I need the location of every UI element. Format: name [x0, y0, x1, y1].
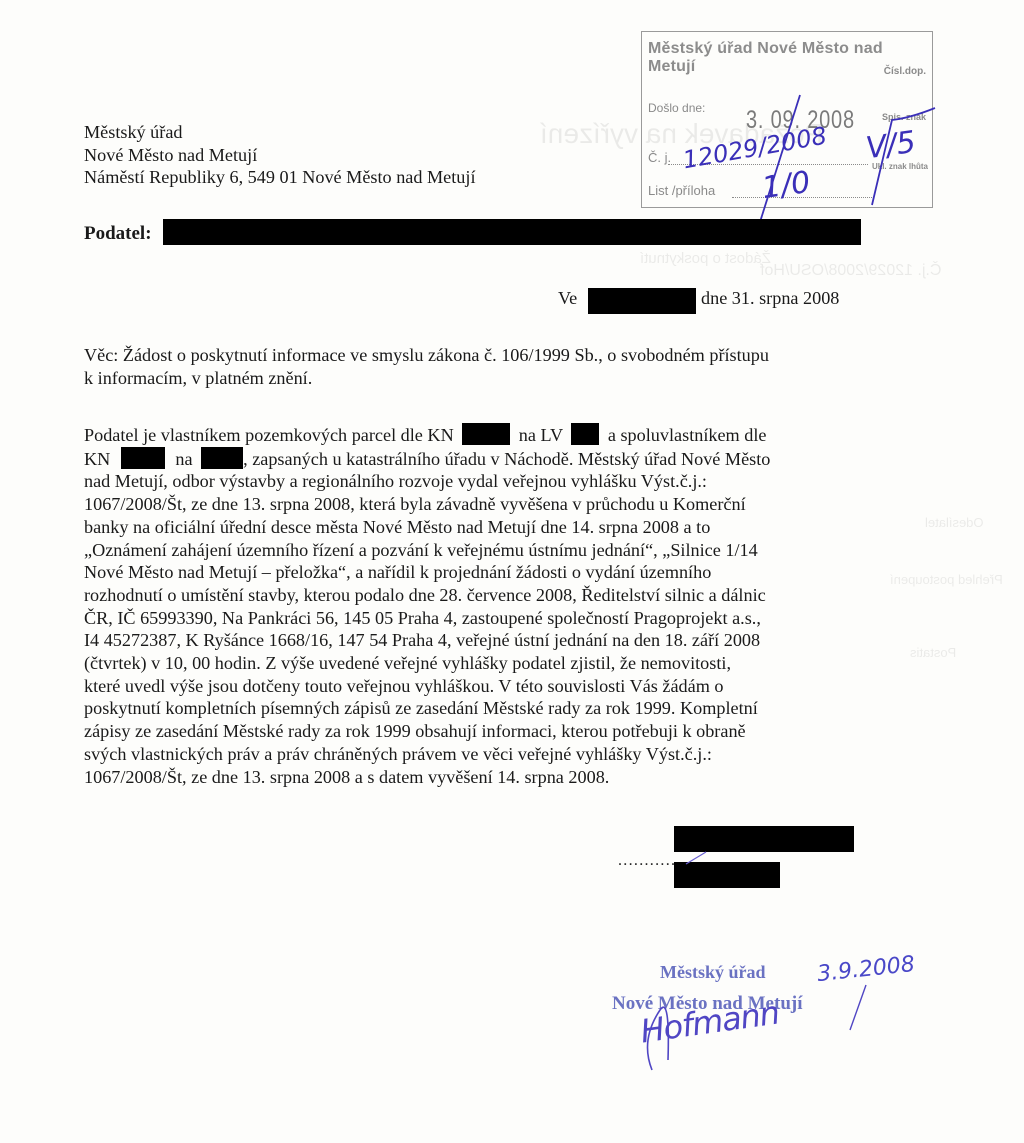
signature-flourish	[0, 0, 1024, 1143]
scanned-letter: Požadavek na vyřízení Žádost o poskytnut…	[0, 0, 1024, 1143]
